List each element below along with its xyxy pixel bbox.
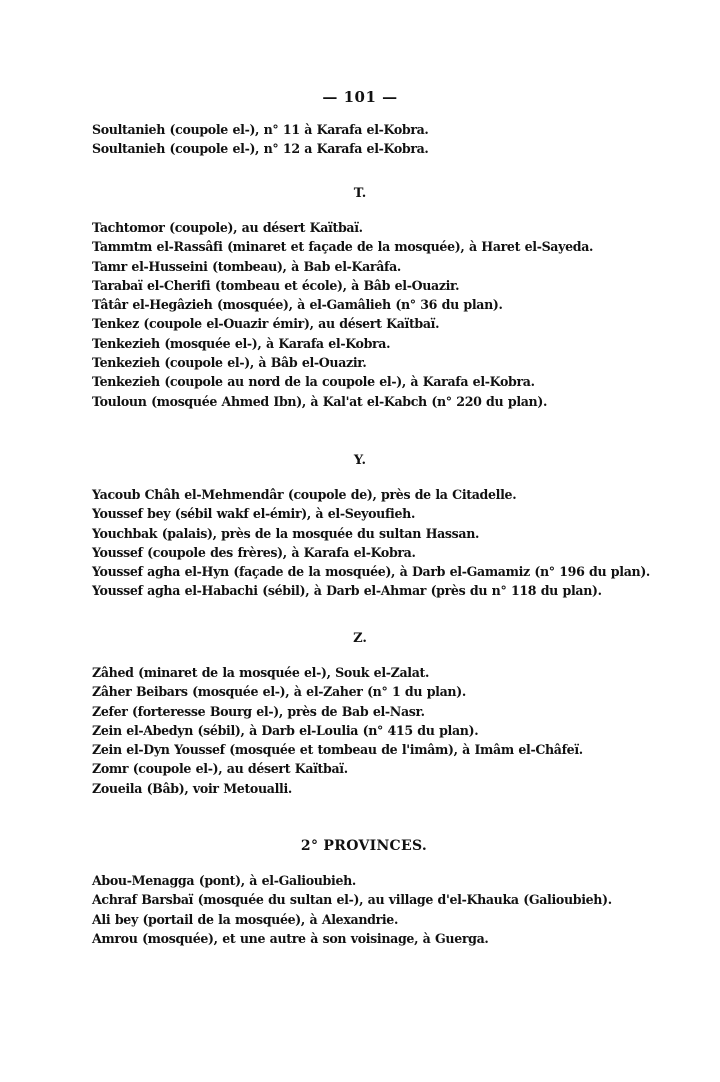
list-item: Tamr el-Husseini (tombeau), à Bab el-Kar…	[92, 257, 652, 276]
section-z-list: Zâhed (minaret de la mosquée el-), Souk …	[92, 663, 652, 798]
section-heading-t: T.	[0, 186, 720, 201]
continuation-list: Soultanieh (coupole el-), n° 11 à Karafa…	[92, 120, 652, 159]
section-heading-z: Z.	[0, 631, 720, 646]
list-item: Tenkezieh (coupole el-), à Bâb el-Ouazir…	[92, 353, 652, 372]
list-item: Tammtm el-Rassâfi (minaret et façade de …	[92, 237, 652, 256]
list-item: Yacoub Châh el-Mehmendâr (coupole de), p…	[92, 485, 652, 504]
list-item: Abou-Menagga (pont), à el-Galioubieh.	[92, 871, 652, 890]
list-item: Zâhed (minaret de la mosquée el-), Souk …	[92, 663, 652, 682]
list-item: Zomr (coupole el-), au désert Kaïtbaï.	[92, 759, 652, 778]
list-item: Youssef (coupole des frères), à Karafa e…	[92, 543, 652, 562]
section-heading-y: Y.	[0, 453, 720, 468]
list-item: Youssef agha el-Habachi (sébil), à Darb …	[92, 581, 652, 600]
list-item: Zein el-Abedyn (sébil), à Darb el-Loulia…	[92, 721, 652, 740]
list-item: Tenkez (coupole el-Ouazir émir), au dése…	[92, 314, 652, 333]
list-item: Zoueila (Bâb), voir Metoualli.	[92, 779, 652, 798]
page-number: — 101 —	[0, 88, 720, 106]
list-item: Tachtomor (coupole), au désert Kaïtbaï.	[92, 218, 652, 237]
list-item: Tenkezieh (mosquée el-), à Karafa el-Kob…	[92, 334, 652, 353]
list-item: Youchbak (palais), près de la mosquée du…	[92, 524, 652, 543]
list-item: Tenkezieh (coupole au nord de la coupole…	[92, 372, 652, 391]
list-item: Zefer (forteresse Bourg el-), près de Ba…	[92, 702, 652, 721]
list-item: Tarabaï el-Cherifi (tombeau et école), à…	[92, 276, 652, 295]
section-heading-provinces: 2° PROVINCES.	[0, 838, 720, 854]
list-item: Soultanieh (coupole el-), n° 11 à Karafa…	[92, 120, 652, 139]
list-item: Zâher Beibars (mosquée el-), à el-Zaher …	[92, 682, 652, 701]
list-item: Achraf Barsbaï (mosquée du sultan el-), …	[92, 890, 652, 909]
list-item: Ali bey (portail de la mosquée), à Alexa…	[92, 910, 652, 929]
list-item: Amrou (mosquée), et une autre à son vois…	[92, 929, 652, 948]
section-y-list: Yacoub Châh el-Mehmendâr (coupole de), p…	[92, 485, 652, 601]
list-item: Youssef agha el-Hyn (façade de la mosqué…	[92, 562, 652, 581]
list-item: Tâtâr el-Hegâzieh (mosquée), à el-Gamâli…	[92, 295, 652, 314]
list-item: Touloun (mosquée Ahmed Ibn), à Kal'at el…	[92, 392, 652, 411]
section-provinces-list: Abou-Menagga (pont), à el-Galioubieh. Ac…	[92, 871, 652, 948]
list-item: Soultanieh (coupole el-), n° 12 a Karafa…	[92, 139, 652, 158]
list-item: Youssef bey (sébil wakf el-émir), à el-S…	[92, 504, 652, 523]
section-t-list: Tachtomor (coupole), au désert Kaïtbaï. …	[92, 218, 652, 411]
list-item: Zein el-Dyn Youssef (mosquée et tombeau …	[92, 740, 652, 759]
